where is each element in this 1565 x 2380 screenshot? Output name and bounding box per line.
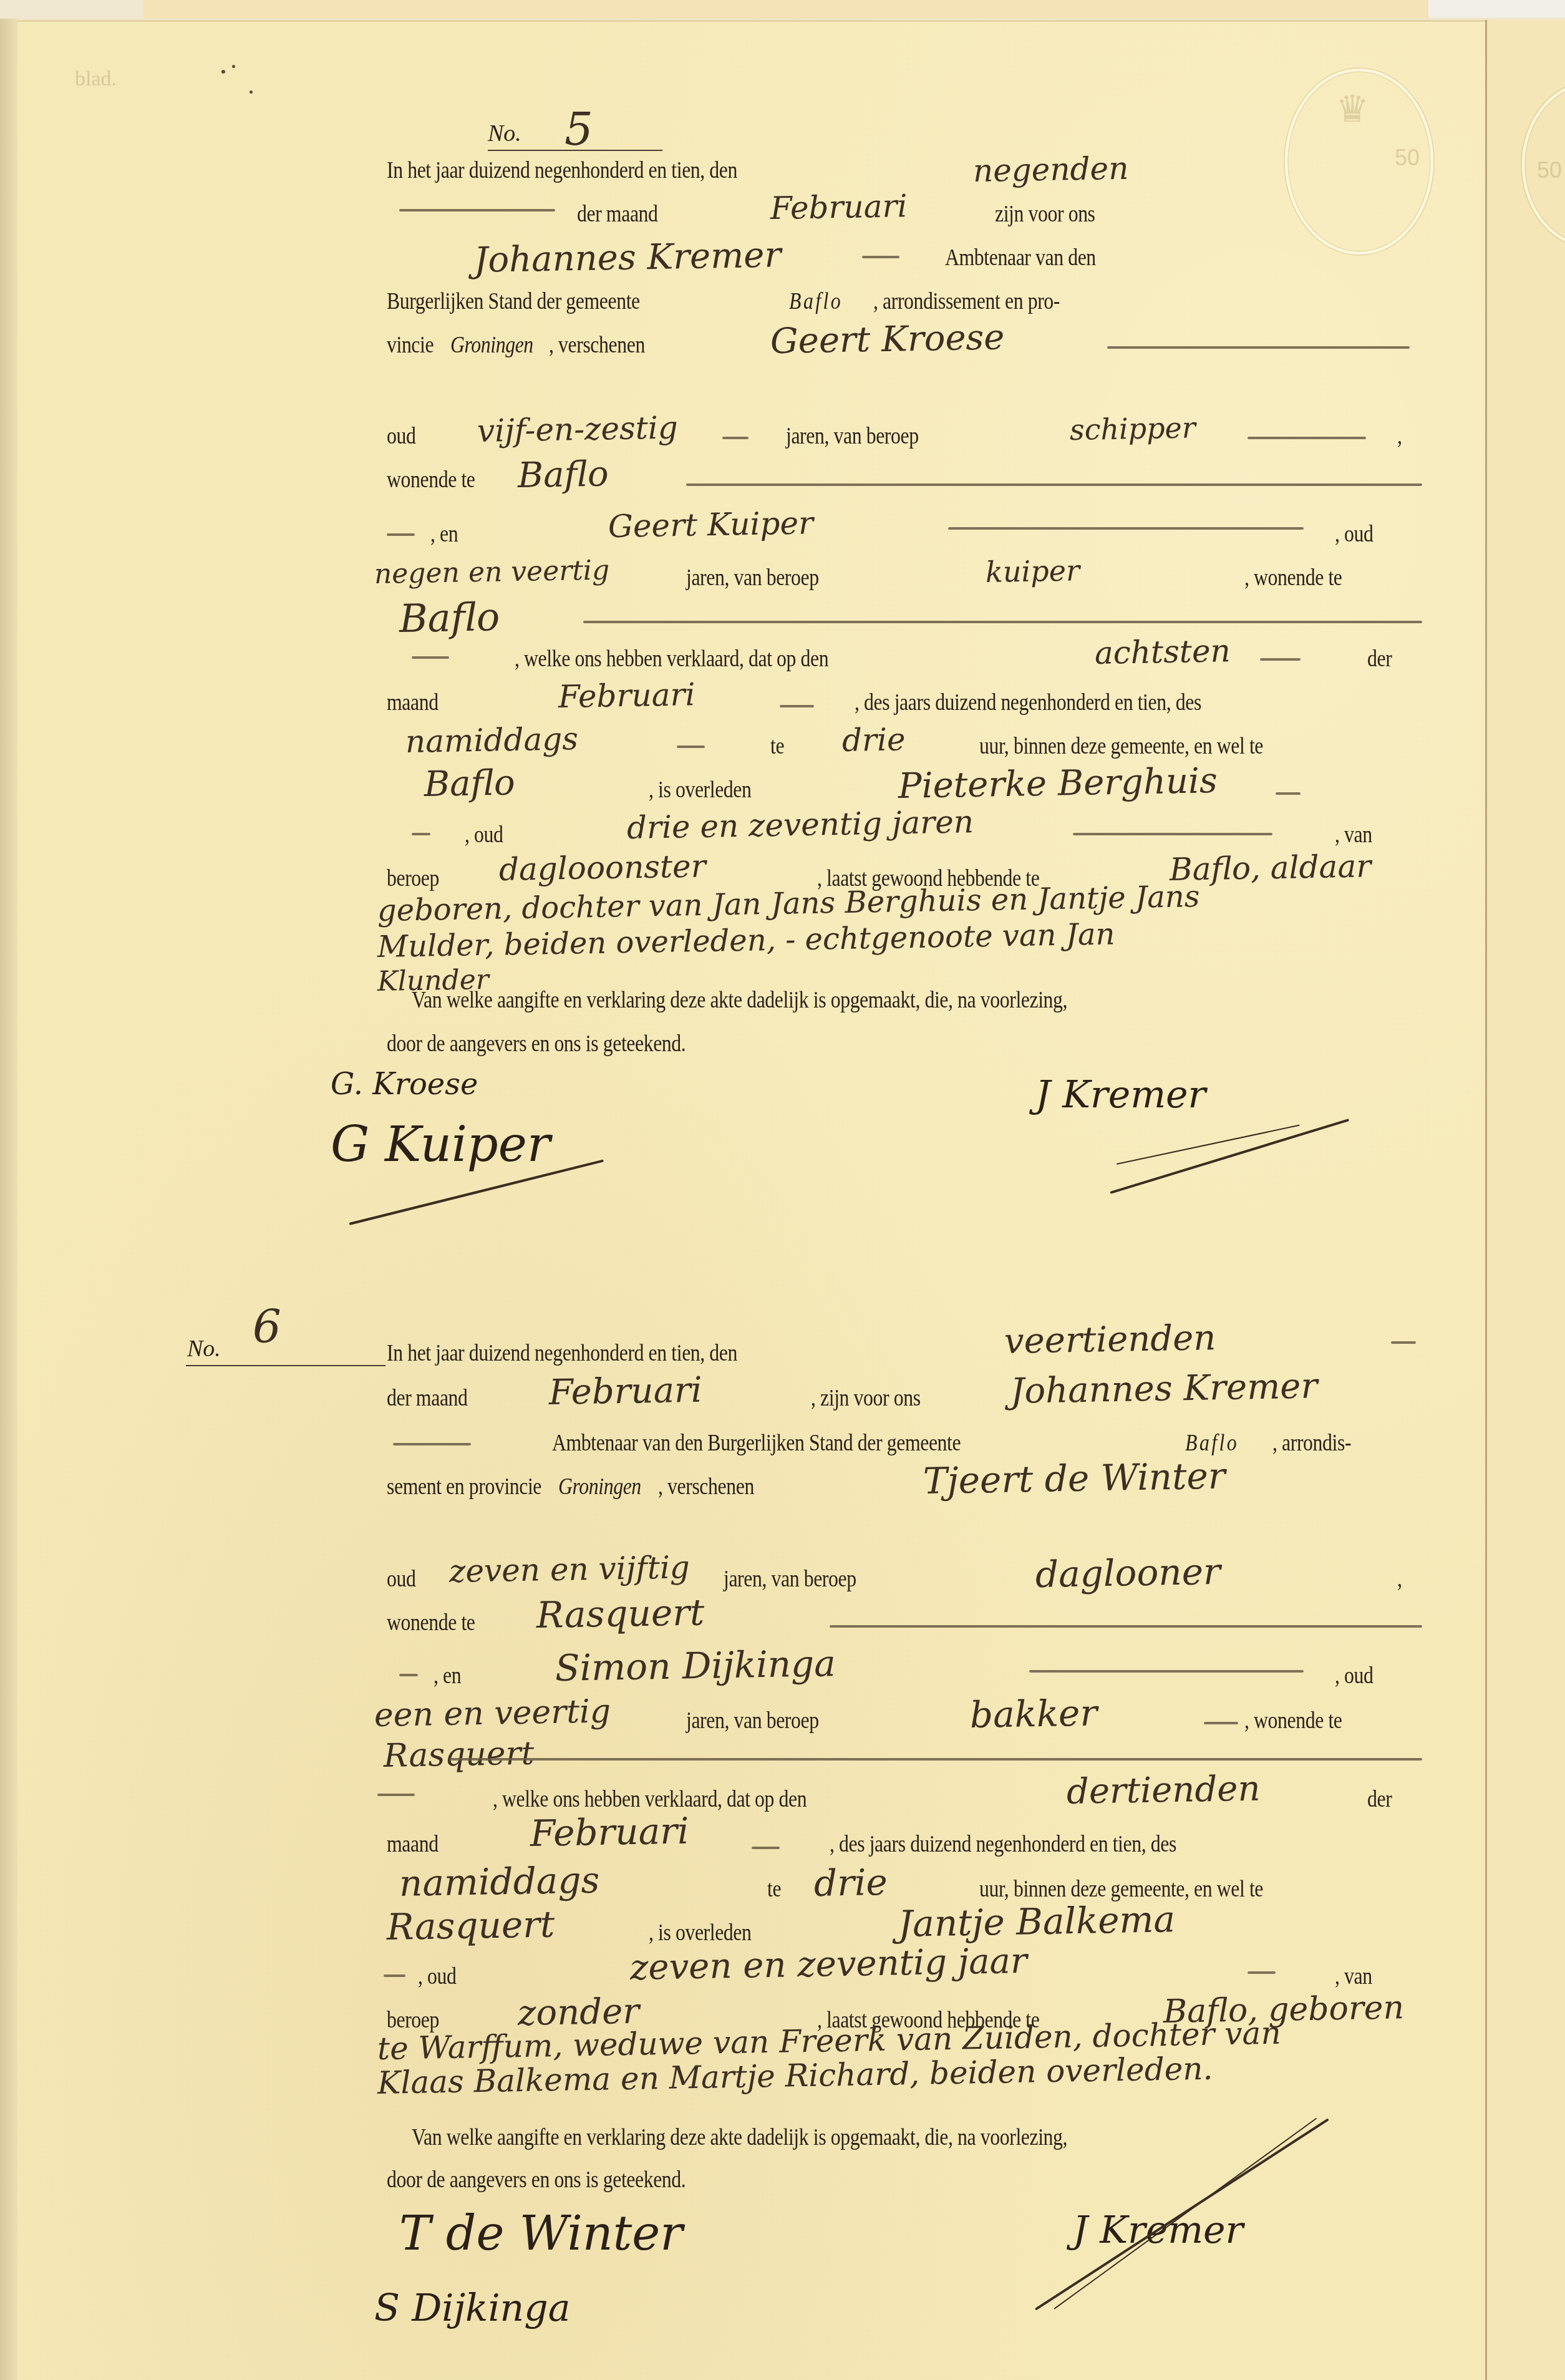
print-text: beroep [387,865,439,892]
handwritten-age: zeven en vijftig [448,1549,690,1590]
print-text: In het jaar duizend negenhonderd en tien… [387,1340,737,1367]
handwritten-hour: drie [813,1861,888,1905]
handwritten-day: veertienden [1004,1318,1216,1362]
filler-dash [722,437,749,439]
seal-value: 50 [1395,145,1420,171]
print-text: , oud [418,1963,456,1990]
filler-dash [412,833,430,835]
handwritten-month: Februari [770,188,907,226]
handwritten-occupation: bakker [969,1691,1097,1736]
ink-speck [250,90,253,94]
print-text: jaren, van beroep [686,1707,819,1734]
print-text: oud [387,423,415,450]
filler-dash [583,621,1422,623]
handwritten-day: negenden [972,150,1128,189]
print-text: , des jaars duizend negenhonderd en tien… [830,1831,1176,1858]
filler-dash [384,1974,405,1977]
filler-dash [377,1794,415,1796]
filler-dash [1107,346,1410,349]
filler-dash [686,483,1422,486]
record-number: 6 [253,1301,281,1353]
ink-speck [232,65,235,68]
filler-dash [1276,792,1301,795]
print-text: , wonende te [1244,1707,1342,1734]
filler-dash [830,1625,1422,1628]
handwritten-occupation: schipper [1070,410,1196,447]
print-text: , wonende te [1244,565,1342,591]
number-underline [488,150,662,151]
print-text: jaren, van beroep [724,1566,856,1593]
print-text: zijn voor ons [995,201,1095,228]
handwritten-residence: Rasquert [536,1591,704,1636]
print-text: , des jaars duizend negenhonderd en tien… [855,689,1201,716]
handwritten-deceased-age: drie en zeventig jaren [626,804,974,846]
handwritten-death-month: Februari [530,1810,689,1855]
handwritten-official-name: Johannes Kremer [473,235,781,281]
ink-speck [221,70,225,74]
filler-dash [1248,437,1366,439]
filler-dash [677,746,705,748]
filler-dash [387,533,415,536]
handwritten-deceased-name: Jantje Balkema [898,1898,1175,1945]
filler-dash [399,1674,418,1676]
print-text: , arrondis- [1272,1430,1351,1457]
print-text: , [1397,423,1402,450]
bleed-through-text: blad. [75,67,117,91]
handwritten-official-name: Johannes Kremer [1010,1366,1317,1412]
handwritten-declarant-1: Tjeert de Winter [923,1455,1226,1502]
handwritten-death-month: Februari [558,676,695,715]
print-text: maand [387,689,438,716]
filler-dash [948,527,1304,530]
print-text: , welke ons hebben verklaard, dat op den [493,1786,807,1813]
signature-declarant-2: S Dijkinga [374,2286,570,2330]
gemeente-name: Baflo [1185,1430,1239,1457]
print-text: , en [434,1663,461,1689]
back-sheet-right [1428,0,1565,17]
filler-dash [399,209,555,211]
closing-text: door de aangevers en ons is geteekend. [387,2167,686,2193]
handwritten-age: een en veertig [374,1693,611,1734]
closing-text: door de aangevers en ons is geteekend. [387,1031,686,1057]
print-text: , arrondissement en pro- [873,288,1060,315]
signature-official: J Kremer [1035,1073,1206,1117]
crown-icon: ♛ [1335,87,1369,131]
print-text: wonende te [387,1610,475,1636]
print-text: , verschenen [549,332,645,359]
signature-declarant-1: G. Kroese [331,1067,478,1102]
record-number: 5 [564,103,593,155]
filler-dash [1248,1971,1276,1974]
handwritten-occupation: daglooner [1035,1550,1221,1596]
print-text: uur, binnen deze gemeente, en wel te [979,733,1263,760]
print-text: In het jaar duizend negenhonderd en tien… [387,157,737,184]
handwritten-deceased-age: zeven en zeventig jaar [629,1941,1027,1988]
filler-dash [1073,833,1272,835]
filler-dash [752,1847,780,1849]
handwritten-age: vijf-en-zestig [477,409,678,449]
filler-dash [1029,1670,1304,1673]
filler-dash [1204,1722,1238,1724]
handwritten-death-day: dertienden [1066,1769,1261,1812]
embossed-seal-icon: ♛ 50 [1285,69,1433,255]
print-text: , zijn voor ons [811,1385,921,1412]
filler-dash [780,705,814,707]
filler-dash [412,656,449,659]
print-text: , van [1335,822,1372,848]
print-text: maand [387,1831,438,1858]
handwritten-place-of-death: Rasquert [386,1903,555,1948]
handwritten-deceased-name: Pieterke Berghuis [898,760,1218,807]
print-text: Burgerlijken Stand der gemeente [387,288,640,315]
print-text: der [1367,1786,1392,1813]
record-number-label: No. [488,120,521,147]
print-text: te [770,733,784,760]
print-text: , oud [1335,521,1373,548]
print-text: , oud [1335,1663,1373,1689]
filler-dash [862,256,899,258]
handwritten-residence: Baflo [399,594,500,641]
handwritten-age: negen en veertig [374,554,610,590]
print-text: jaren, van beroep [686,565,819,591]
print-text: Ambtenaar van den [945,245,1096,271]
print-text: sement en provincie [387,1474,541,1500]
print-text: der [1367,646,1392,673]
closing-text: Van welke aangifte en verklaring deze ak… [412,987,1067,1014]
filler-dash [449,1758,1422,1761]
seal-value: 50 [1537,157,1562,183]
handwritten-month: Februari [548,1370,702,1413]
print-text: , oud [465,822,503,848]
handwritten-declarant-2: Geert Kuiper [608,505,813,545]
print-text: der maand [577,201,658,228]
gemeente-name: Baflo [789,288,843,315]
handwritten-declarant-1: Geert Kroese [770,317,1005,362]
number-underline [186,1365,385,1366]
handwritten-declarant-2: Simon Dijkinga [555,1642,836,1689]
left-binding-strip [0,19,19,2380]
print-text: jaren, van beroep [786,423,919,450]
print-text: te [767,1876,781,1903]
back-sheet-flap [143,0,1428,19]
handwritten-time-of-day: namiddags [399,1858,599,1905]
signature-declarant-1: T de Winter [399,2205,683,2261]
handwritten-place-of-death: Baflo [424,762,515,805]
print-text: , is overleden [649,1920,752,1946]
print-text: vincie [387,332,434,359]
print-text: wonende te [387,467,475,493]
handwritten-deceased-occupation: daglooonster [498,848,706,888]
handwritten-residence: Rasquert [383,1735,534,1775]
print-text: , verschenen [658,1474,754,1500]
handwritten-death-day: achtsten [1094,633,1231,671]
next-page-edge [1487,20,1565,2380]
handwritten-last-residence: Baflo, aldaar [1169,848,1371,888]
signature-declarant-2: G Kuiper [331,1117,550,1173]
handwritten-hour: drie [841,721,905,759]
print-text: , van [1335,1963,1372,1990]
handwritten-residence: Baflo [517,454,609,496]
handwritten-occupation: kuiper [986,553,1080,589]
filler-dash [393,1443,471,1445]
print-text: Ambtenaar van den Burgerlijken Stand der… [552,1430,961,1457]
print-text: , [1397,1566,1402,1593]
print-text: , welke ons hebben verklaard, dat op den [515,646,828,673]
provincie-name: Groningen [558,1474,641,1500]
filler-dash [1260,658,1301,661]
print-text: der maand [387,1385,468,1412]
handwritten-time-of-day: namiddags [405,721,578,760]
provincie-name: Groningen [450,332,533,359]
record-number-label: No. [187,1335,221,1362]
print-text: , is overleden [649,777,752,804]
filler-dash [1391,1341,1416,1344]
print-text: oud [387,1566,415,1593]
closing-text: Van welke aangifte en verklaring deze ak… [412,2124,1067,2151]
print-text: , en [430,521,458,548]
